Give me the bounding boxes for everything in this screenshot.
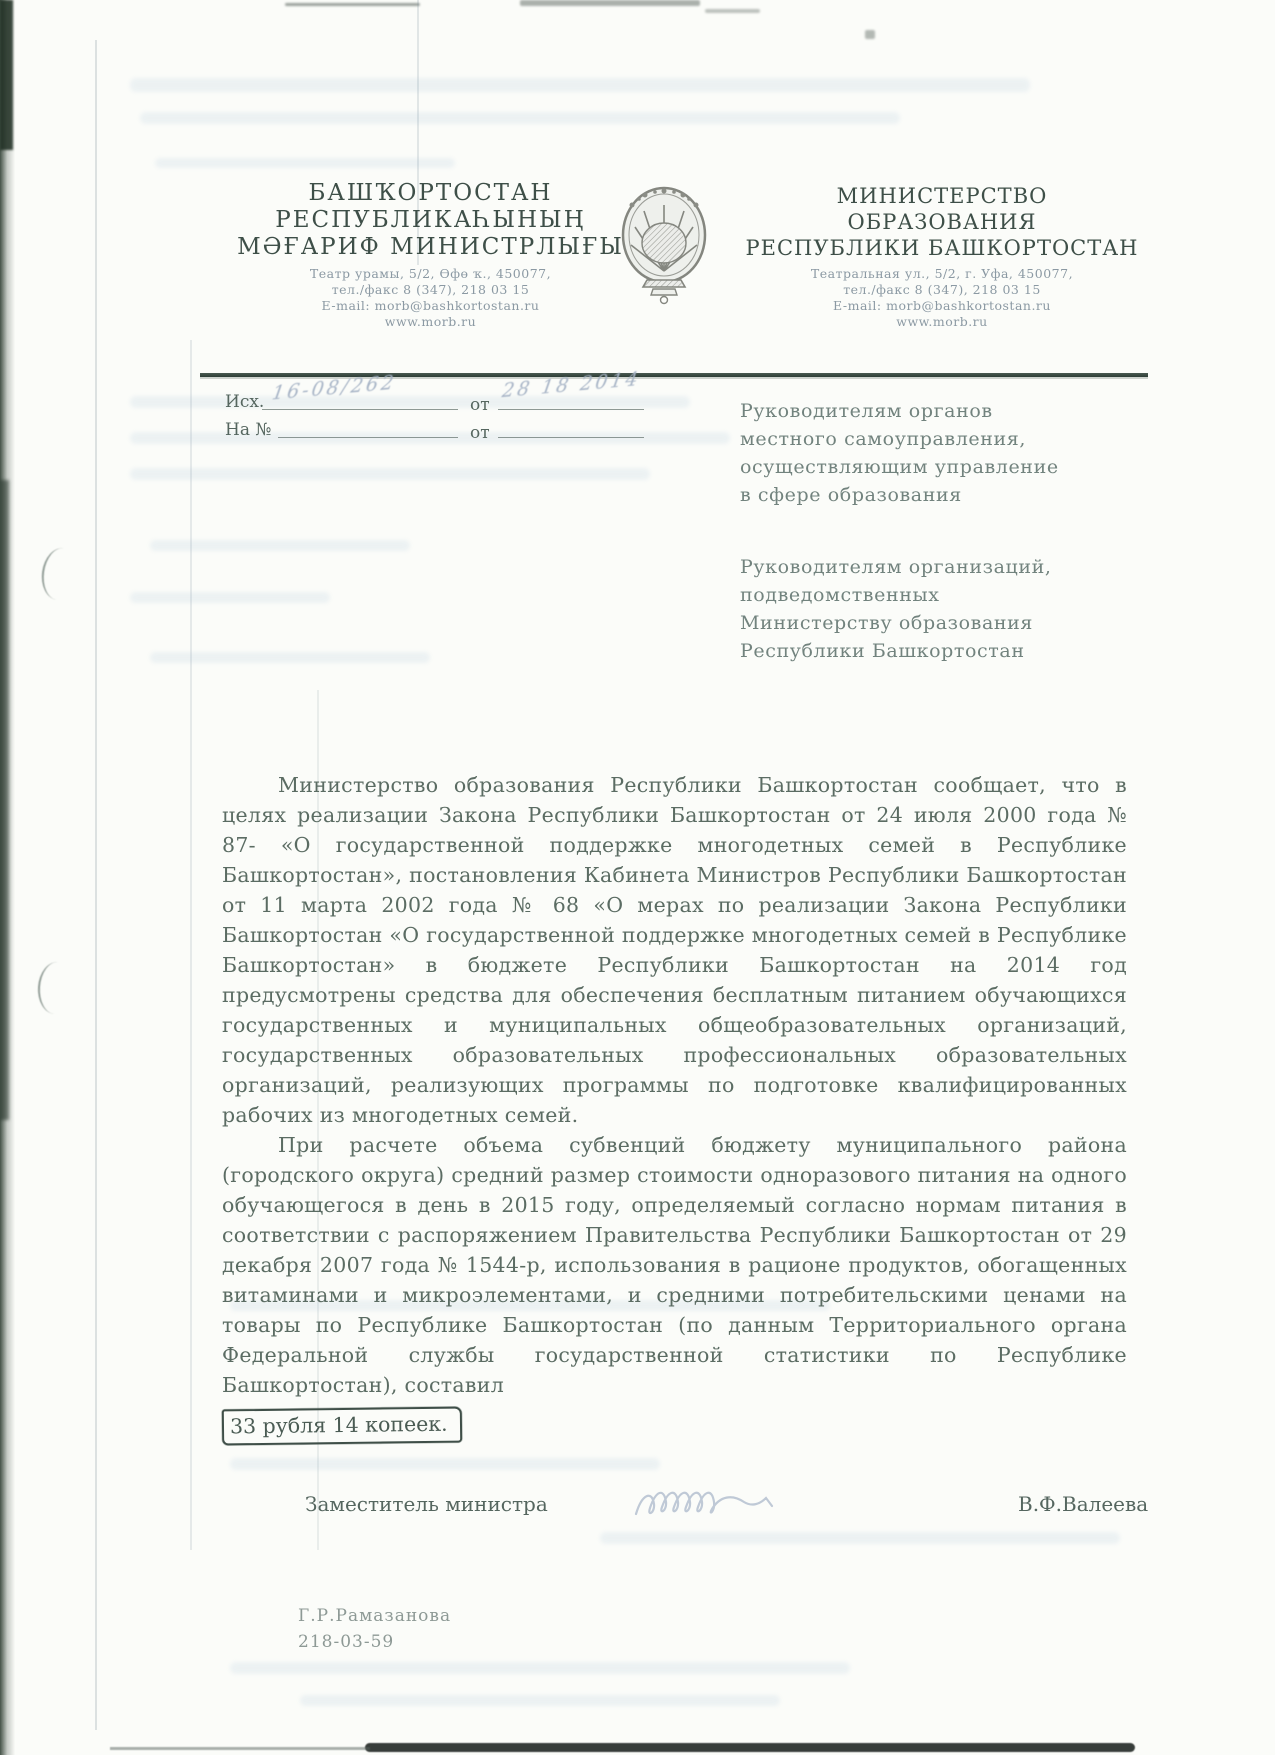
executor-name: Г.Р.Рамазанова (298, 1603, 451, 1629)
incoming-number-label: На № (225, 420, 271, 440)
outgoing-date-line (498, 408, 644, 410)
bleedthrough-text (130, 468, 650, 480)
recipient-line: местного самоуправления, (740, 425, 1150, 453)
recipient-line: подведомственных (740, 581, 1150, 609)
bleedthrough-text (130, 78, 1030, 92)
recipient-line: осуществляющим управление (740, 453, 1150, 481)
scan-fold-line (95, 40, 97, 1730)
org-title-line: ОБРАЗОВАНИЯ (742, 209, 1142, 235)
scanned-letter-page: БАШҠОРТОСТАН РЕСПУБЛИКАҺЫНЫҢ МӘҒАРИФ МИН… (0, 0, 1275, 1755)
outgoing-number-line (262, 408, 458, 410)
org-address: Театр урамы, 5/2, Өфө ҡ., 450077, тел./ф… (228, 266, 633, 330)
org-address-line: тел./факс 8 (347), 218 03 15 (742, 282, 1142, 298)
scan-edge-artifact (0, 480, 9, 1120)
bashkortostan-coat-of-arms-icon (617, 183, 712, 305)
bleedthrough-text (155, 158, 455, 168)
signer-name: В.Ф.Валеева (1018, 1492, 1148, 1516)
scan-smudge (865, 30, 875, 39)
letterhead-left-org: БАШҠОРТОСТАН РЕСПУБЛИКАҺЫНЫҢ МӘҒАРИФ МИН… (228, 180, 633, 330)
org-address: Театральная ул., 5/2, г. Уфа, 450077, те… (742, 266, 1142, 330)
org-address-line: E-mail: morb@bashkortostan.ru (742, 298, 1142, 314)
org-name-russian: МИНИСТЕРСТВО ОБРАЗОВАНИЯ РЕСПУБЛИКИ БАШК… (742, 183, 1142, 261)
scan-fold-line (190, 340, 192, 1550)
recipient-block-1: Руководителям органов местного самоуправ… (740, 397, 1150, 509)
recipient-line: Руководителям организаций, (740, 553, 1150, 581)
scan-smudge (520, 0, 700, 6)
org-title-line: РЕСПУБЛИКАҺЫНЫҢ (228, 207, 633, 234)
highlighted-amount-box: 33 рубля 14 копеек. (222, 1407, 462, 1446)
scan-edge-artifact (365, 1743, 1135, 1752)
bleedthrough-text (600, 1532, 1120, 1544)
bleedthrough-text (130, 396, 690, 408)
letterhead-right-org: МИНИСТЕРСТВО ОБРАЗОВАНИЯ РЕСПУБЛИКИ БАШК… (742, 183, 1142, 330)
bleedthrough-text (230, 1458, 660, 1470)
bleedthrough-text (150, 540, 410, 551)
paper-curl-mark (36, 961, 76, 1015)
scan-edge-artifact (0, 0, 13, 150)
paper-curl-mark (39, 546, 82, 603)
recipient-line: Руководителям органов (740, 397, 1150, 425)
org-address-line: тел./факс 8 (347), 218 03 15 (228, 282, 633, 298)
incoming-number-line (278, 436, 458, 438)
bleedthrough-text (150, 652, 430, 663)
bleedthrough-text (300, 1695, 780, 1706)
incoming-date-label: от (470, 423, 490, 443)
org-address-line: Театральная ул., 5/2, г. Уфа, 450077, (742, 266, 1142, 282)
recipient-line: Министерству образования (740, 609, 1150, 637)
body-paragraph-2: При расчете объема субвенций бюджету мун… (222, 1130, 1127, 1400)
incoming-date-line (498, 436, 644, 438)
recipient-block-2: Руководителям организаций, подведомствен… (740, 553, 1150, 665)
outgoing-date-label: от (470, 395, 490, 415)
org-title-line: РЕСПУБЛИКИ БАШКОРТОСТАН (742, 235, 1142, 261)
org-address-line: www.morb.ru (742, 314, 1142, 330)
bleedthrough-text (130, 432, 730, 444)
bleedthrough-text (130, 592, 330, 603)
body-paragraph-1: Министерство образования Республики Башк… (222, 770, 1127, 1130)
org-title-line: МӘҒАРИФ МИНИСТРЛЫҒЫ (228, 234, 633, 261)
outgoing-number-label: Исх. (225, 392, 264, 412)
bleedthrough-text (140, 112, 900, 124)
org-address-line: Театр урамы, 5/2, Өфө ҡ., 450077, (228, 266, 633, 282)
bleedthrough-text (230, 1662, 850, 1674)
letter-body: Министерство образования Республики Башк… (222, 770, 1127, 1444)
org-address-line: www.morb.ru (228, 314, 633, 330)
handwritten-signature (632, 1480, 832, 1532)
scan-smudge (285, 3, 420, 6)
recipient-line: Республики Башкортостан (740, 637, 1150, 665)
scan-edge-artifact (110, 1747, 370, 1750)
org-title-line: МИНИСТЕРСТВО (742, 183, 1142, 209)
recipient-line: в сфере образования (740, 481, 1150, 509)
signer-title: Заместитель министра (305, 1492, 548, 1516)
executor-block: Г.Р.Рамазанова 218-03-59 (298, 1603, 451, 1655)
org-title-line: БАШҠОРТОСТАН (228, 180, 633, 207)
org-address-line: E-mail: morb@bashkortostan.ru (228, 298, 633, 314)
org-name-bashkir: БАШҠОРТОСТАН РЕСПУБЛИКАҺЫНЫҢ МӘҒАРИФ МИН… (228, 180, 633, 261)
scan-smudge (705, 9, 760, 13)
executor-phone: 218-03-59 (298, 1629, 451, 1655)
